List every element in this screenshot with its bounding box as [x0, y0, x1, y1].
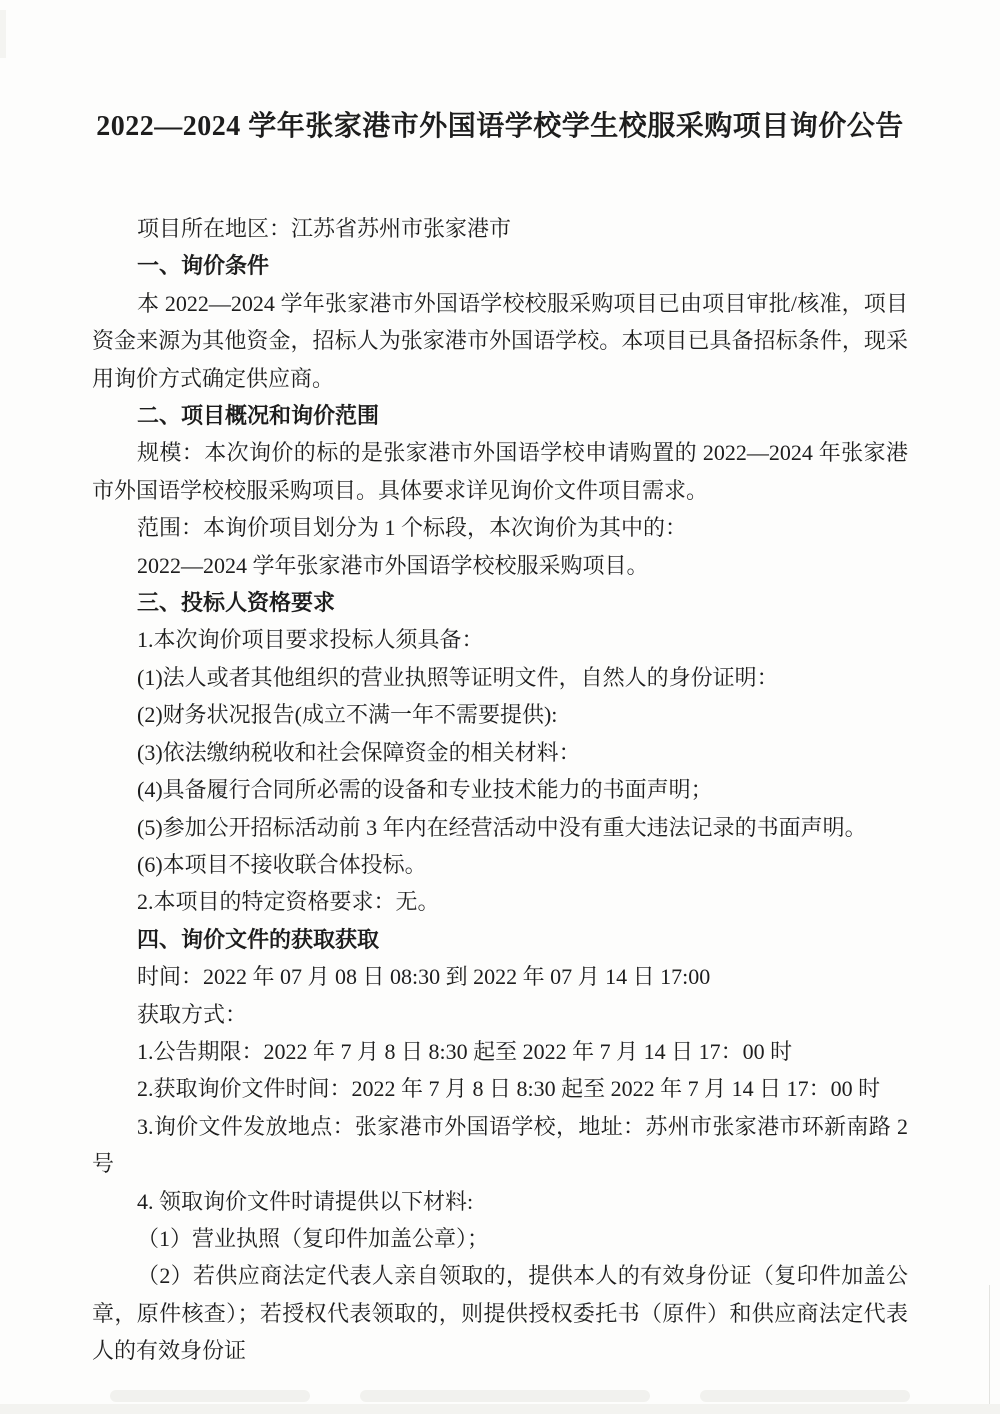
paragraph-material-item-1: （1）营业执照（复印件加盖公章）；	[92, 1220, 908, 1257]
section-heading-4-document-acquisition: 四、询价文件的获取获取	[92, 921, 908, 958]
scan-artifact-bottom-strip	[0, 1404, 1000, 1414]
paragraph-specific-qualification: 2.本项目的特定资格要求：无。	[92, 883, 908, 920]
scanned-document-page: 2022—2024 学年张家港市外国语学校学生校服采购项目询价公告 项目所在地区…	[0, 0, 1000, 1414]
section-heading-3-bidder-qualifications: 三、投标人资格要求	[92, 584, 908, 621]
paragraph-document-location: 3.询价文件发放地点：张家港市外国语学校，地址：苏州市张家港市环新南路 2 号	[92, 1108, 908, 1183]
paragraph-materials-required: 4. 领取询价文件时请提供以下材料:	[92, 1183, 908, 1220]
section-heading-2-project-overview: 二、项目概况和询价范围	[92, 397, 908, 434]
paragraph-qualification-item-4: (4)具备履行合同所必需的设备和专业技术能力的书面声明；	[92, 771, 908, 808]
paragraph-project-approval: 本 2022—2024 学年张家港市外国语学校校服采购项目已由项目审批/核准，项…	[92, 285, 908, 397]
paragraph-material-item-2: （2）若供应商法定代表人亲自领取的，提供本人的有效身份证（复印件加盖公章，原件核…	[92, 1257, 908, 1369]
scan-artifact-smudge	[110, 1390, 310, 1402]
scan-artifact-smudge	[700, 1390, 910, 1402]
paragraph-qualification-item-1: (1)法人或者其他组织的营业执照等证明文件，自然人的身份证明：	[92, 659, 908, 696]
paragraph-scope: 范围：本询价项目划分为 1 个标段，本次询价为其中的：	[92, 509, 908, 546]
paragraph-qualification-item-6: (6)本项目不接收联合体投标。	[92, 846, 908, 883]
scan-artifact-right-line	[989, 1285, 990, 1414]
paragraph-project-location: 项目所在地区：江苏省苏州市张家港市	[92, 210, 908, 247]
paragraph-qualification-item-2: (2)财务状况报告(成立不满一年不需要提供):	[92, 696, 908, 733]
paragraph-acquisition-method: 获取方式：	[92, 996, 908, 1033]
paragraph-qualification-item-3: (3)依法缴纳税收和社会保障资金的相关材料：	[92, 734, 908, 771]
paragraph-acquisition-time: 时间：2022 年 07 月 08 日 08:30 到 2022 年 07 月 …	[92, 958, 908, 995]
scan-artifact-smudge	[360, 1390, 650, 1402]
scan-artifact-left-edge	[0, 10, 6, 58]
paragraph-scale: 规模：本次询价的标的是张家港市外国语学校申请购置的 2022—2024 年张家港…	[92, 434, 908, 509]
section-heading-1-inquiry-conditions: 一、询价条件	[92, 247, 908, 284]
document-title: 2022—2024 学年张家港市外国语学校学生校服采购项目询价公告	[52, 104, 948, 150]
paragraph-announcement-period: 1.公告期限：2022 年 7 月 8 日 8:30 起至 2022 年 7 月…	[92, 1033, 908, 1070]
paragraph-qualification-item-5: (5)参加公开招标活动前 3 年内在经营活动中没有重大违法记录的书面声明。	[92, 809, 908, 846]
paragraph-qualification-intro: 1.本次询价项目要求投标人须具备：	[92, 621, 908, 658]
paragraph-document-time: 2.获取询价文件时间：2022 年 7 月 8 日 8:30 起至 2022 年…	[92, 1070, 908, 1107]
paragraph-scope-project-name: 2022—2024 学年张家港市外国语学校校服采购项目。	[92, 547, 908, 584]
document-body: 项目所在地区：江苏省苏州市张家港市 一、询价条件 本 2022—2024 学年张…	[92, 210, 908, 1370]
